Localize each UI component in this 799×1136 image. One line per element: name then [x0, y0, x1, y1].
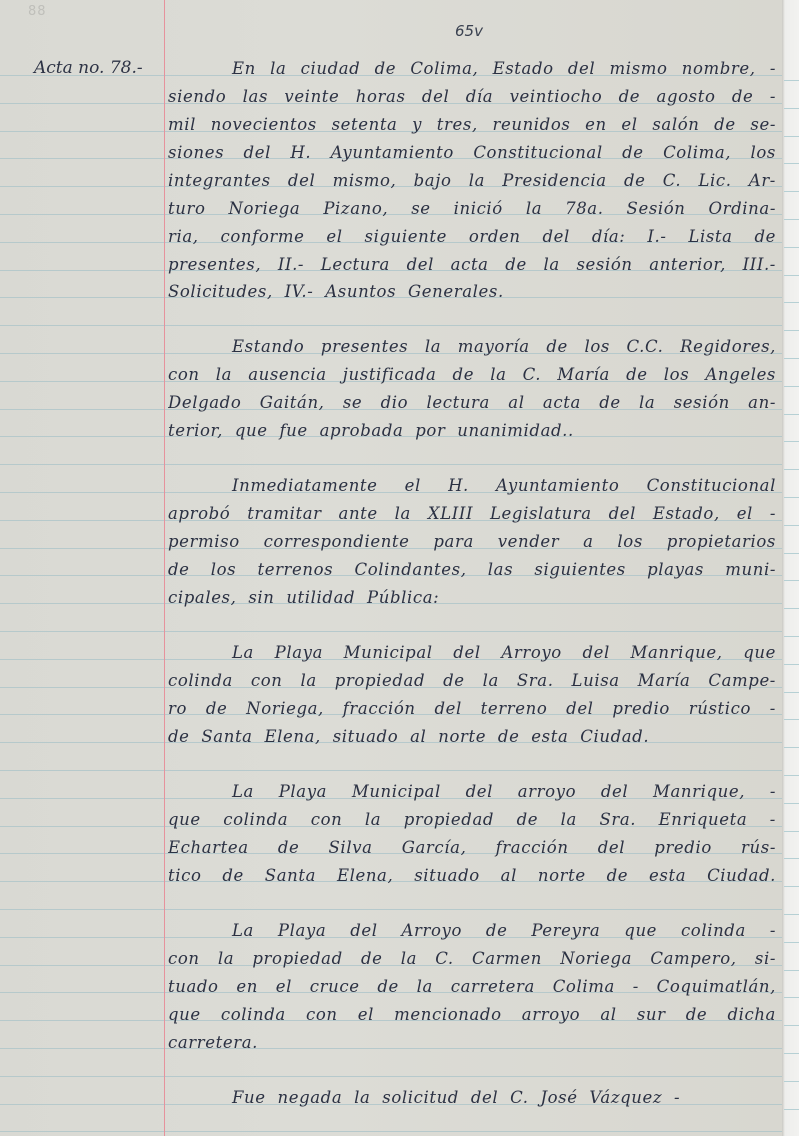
edge-ruled-line [784, 441, 799, 442]
edge-ruled-line [784, 219, 799, 220]
text-line: Solicitudes, IV.- Asuntos Generales. [168, 279, 776, 305]
edge-ruled-line [784, 747, 799, 748]
edge-ruled-line [784, 636, 799, 637]
text-line: mil novecientos setenta y tres, reunidos… [168, 112, 776, 138]
text-line: La Playa del Arroyo de Pereyra que colin… [168, 918, 776, 944]
text-line: de Santa Elena, situado al norte de esta… [168, 724, 776, 750]
edge-ruled-line [784, 358, 799, 359]
text-line: con la ausencia justificada de la C. Mar… [168, 362, 776, 388]
text-line: Delgado Gaitán, se dio lectura al acta d… [168, 390, 776, 416]
text-line: siones del H. Ayuntamiento Constituciona… [168, 140, 776, 166]
text-line: Inmediatamente el H. Ayuntamiento Consti… [168, 473, 776, 499]
text-line: aprobó tramitar ante la XLIII Legislatur… [168, 501, 776, 527]
text-line: Estando presentes la mayoría de los C.C.… [168, 334, 776, 360]
edge-ruled-line [784, 580, 799, 581]
text-line: cipales, sin utilidad Pública: [168, 585, 776, 611]
edge-ruled-line [784, 247, 799, 248]
edge-ruled-line [784, 191, 799, 192]
edge-ruled-line [784, 831, 799, 832]
edge-ruled-line [784, 886, 799, 887]
edge-ruled-line [784, 1081, 799, 1082]
edge-ruled-line [784, 1109, 799, 1110]
text-line: integrantes del mismo, bajo la Presidenc… [168, 168, 776, 194]
ruled-line [0, 325, 782, 326]
edge-ruled-line [784, 775, 799, 776]
text-line: turo Noriega Pizano, se inició la 78a. S… [168, 196, 776, 222]
edge-ruled-line [784, 608, 799, 609]
edge-ruled-line [784, 664, 799, 665]
edge-ruled-line [784, 302, 799, 303]
text-line: Fue negada la solicitud del C. José Vázq… [168, 1085, 776, 1111]
edge-ruled-line [784, 1025, 799, 1026]
text-line: de los terrenos Colindantes, las siguien… [168, 557, 776, 583]
text-line: ro de Noriega, fracción del terreno del … [168, 696, 776, 722]
edge-ruled-line [784, 386, 799, 387]
text-line: terior, que fue aprobada por unanimidad.… [168, 418, 776, 444]
edge-ruled-line [784, 1053, 799, 1054]
ruled-line [0, 770, 782, 771]
corner-stamp: 88 [28, 4, 47, 19]
edge-ruled-line [784, 553, 799, 554]
edge-ruled-line [784, 803, 799, 804]
edge-ruled-line [784, 163, 799, 164]
edge-ruled-line [784, 858, 799, 859]
edge-ruled-line [784, 692, 799, 693]
edge-ruled-line [784, 719, 799, 720]
text-line: presentes, II.- Lectura del acta de la s… [168, 252, 776, 278]
notebook-page: 88 65v Acta no. 78.- En la ciudad de Col… [0, 0, 782, 1136]
text-line: que colinda con el mencionado arroyo al … [168, 1002, 776, 1028]
edge-ruled-line [784, 914, 799, 915]
ruled-line [0, 464, 782, 465]
edge-ruled-line [784, 414, 799, 415]
text-line: En la ciudad de Colima, Estado del mismo… [168, 56, 776, 82]
edge-ruled-line [784, 330, 799, 331]
ruled-line [0, 1076, 782, 1077]
edge-ruled-line [784, 942, 799, 943]
edge-ruled-line [784, 469, 799, 470]
text-line: con la propiedad de la C. Carmen Noriega… [168, 946, 776, 972]
ruled-line [0, 1131, 782, 1132]
edge-ruled-line [784, 275, 799, 276]
text-line: colinda con la propiedad de la Sra. Luis… [168, 668, 776, 694]
edge-ruled-line [784, 108, 799, 109]
text-line: que colinda con la propiedad de la Sra. … [168, 807, 776, 833]
red-margin-line [164, 0, 165, 1136]
edge-ruled-line [784, 497, 799, 498]
text-line: siendo las veinte horas del día veintioc… [168, 84, 776, 110]
underlying-page-edge [782, 0, 799, 1136]
folio-number: 65v [455, 22, 483, 40]
text-line: permiso correspondiente para vender a lo… [168, 529, 776, 555]
text-line: tuado en el cruce de la carretera Colima… [168, 974, 776, 1000]
edge-ruled-line [784, 525, 799, 526]
text-line: La Playa Municipal del Arroyo del Manriq… [168, 640, 776, 666]
acta-number-label: Acta no. 78.- [34, 58, 143, 78]
text-line: La Playa Municipal del arroyo del Manriq… [168, 779, 776, 805]
text-line: ria, conforme el siguiente orden del día… [168, 224, 776, 250]
text-line: carretera. [168, 1030, 776, 1056]
text-line: Echartea de Silva García, fracción del p… [168, 835, 776, 861]
edge-ruled-line [784, 80, 799, 81]
ruled-line [0, 909, 782, 910]
edge-ruled-line [784, 136, 799, 137]
edge-ruled-line [784, 997, 799, 998]
edge-ruled-line [784, 970, 799, 971]
ruled-line [0, 631, 782, 632]
text-line: tico de Santa Elena, situado al norte de… [168, 863, 776, 889]
